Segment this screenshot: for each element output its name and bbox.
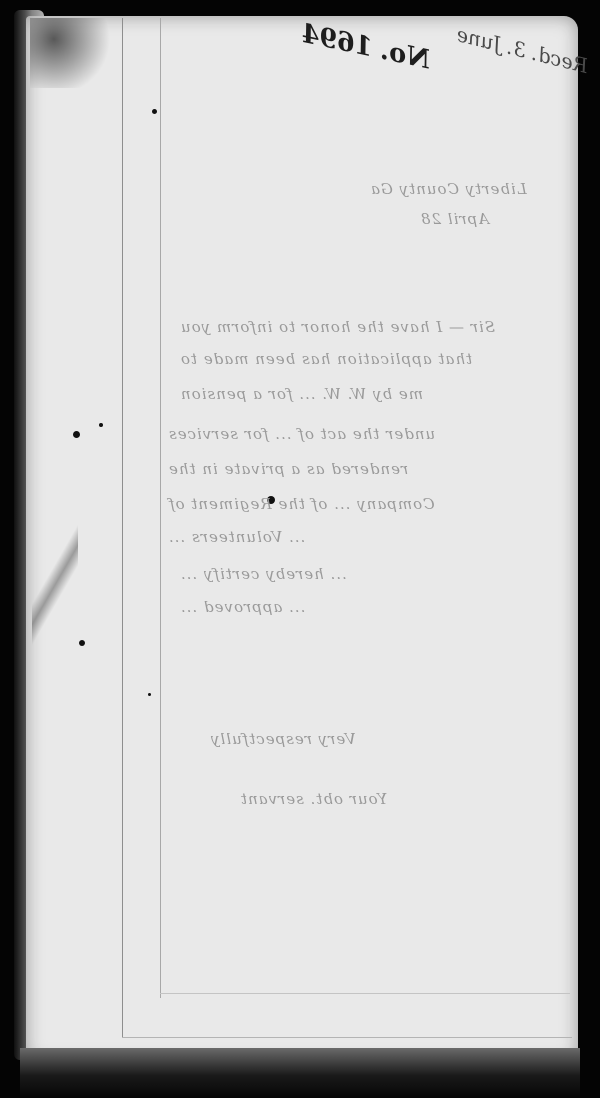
ink-spot [148,693,151,696]
paper-fold-crease [32,520,78,650]
bottom-rule-inner [160,993,570,994]
ink-spot [152,109,157,114]
faint-text-line: Company ... of the Regiment of [168,495,435,513]
bottom-scan-edge [20,1048,580,1098]
bottom-rule-outer [122,1037,572,1038]
corner-stain [30,18,110,88]
ink-spot [99,423,103,427]
left-margin-rule [122,18,123,1038]
faint-text-line: Sir — I have the honor to inform you [180,318,495,336]
faint-text-line: April 28 [420,210,489,228]
faint-text-line: ... hereby certify ... [180,565,347,583]
ink-spot [73,431,80,438]
faint-text-line: ... Volunteers ... [168,528,305,546]
ink-spot [79,640,85,646]
faint-text-line: rendered as a private in the [168,460,408,478]
faint-text-line: ... approved ... [180,598,305,616]
faint-text-line: that application has been made to [180,350,472,368]
faint-text-line: Very respectfully [210,730,356,748]
faint-text-line: me by W. W. ... for a pension [180,385,423,403]
faint-text-line: under the act of ... for services [168,425,435,443]
faint-text-line: Your obt. servant [240,790,387,808]
faint-text-line: Liberty County Ga [370,180,527,198]
inner-margin-rule [160,18,161,998]
